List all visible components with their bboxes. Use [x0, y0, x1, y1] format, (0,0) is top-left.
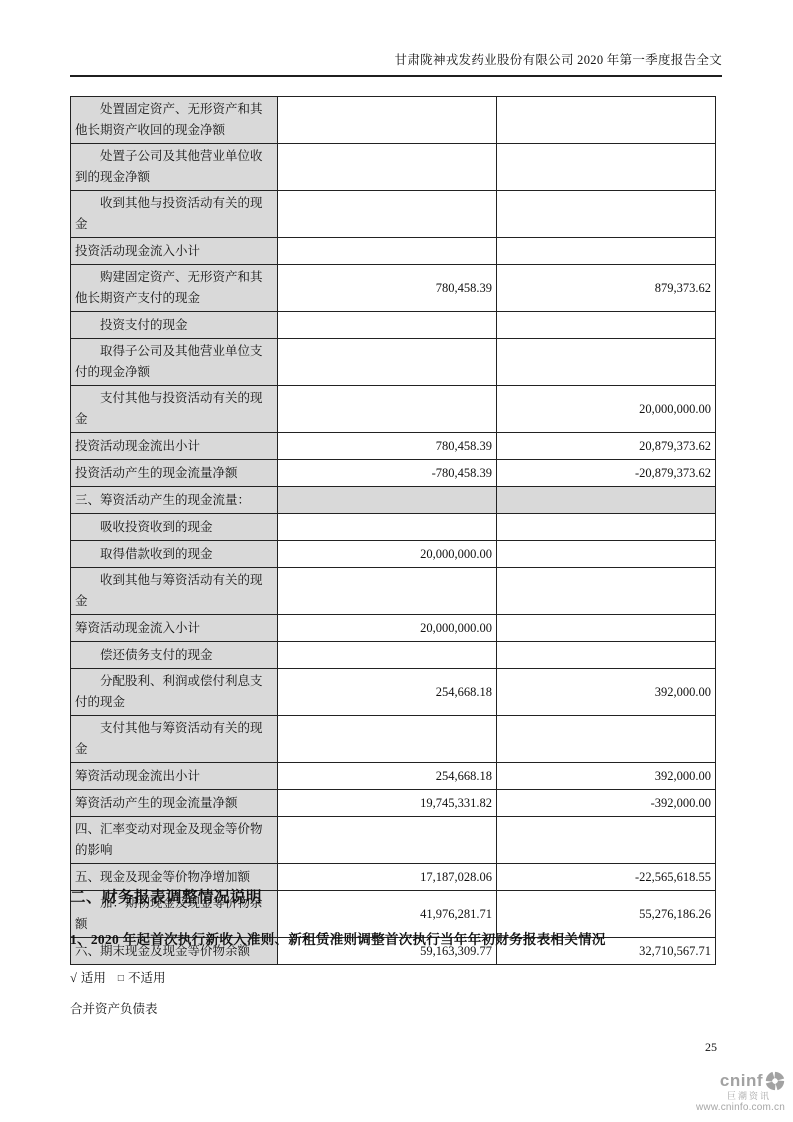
- value-current-period: 254,668.18: [278, 763, 497, 790]
- table-row: 筹资活动现金流入小计20,000,000.00: [71, 615, 716, 642]
- row-label: 吸收投资收到的现金: [71, 514, 278, 541]
- value-current-period: [278, 642, 497, 669]
- value-current-period: [278, 191, 497, 238]
- value-prior-period: [497, 312, 716, 339]
- value-prior-period: [497, 615, 716, 642]
- table-row: 投资活动现金流入小计: [71, 238, 716, 265]
- value-current-period: -780,458.39: [278, 460, 497, 487]
- table-row: 偿还债务支付的现金: [71, 642, 716, 669]
- value-current-period: [278, 339, 497, 386]
- value-current-period: [278, 144, 497, 191]
- value-prior-period: [497, 514, 716, 541]
- value-current-period: [278, 716, 497, 763]
- value-prior-period: -392,000.00: [497, 790, 716, 817]
- table-row: 取得子公司及其他营业单位支付的现金净额: [71, 339, 716, 386]
- row-label: 投资支付的现金: [71, 312, 278, 339]
- value-prior-period: 392,000.00: [497, 669, 716, 716]
- row-label: 投资活动产生的现金流量净额: [71, 460, 278, 487]
- statement-name: 合并资产负债表: [70, 999, 158, 1017]
- value-current-period: [278, 568, 497, 615]
- table-row: 处置固定资产、无形资产和其他长期资产收回的现金净额: [71, 97, 716, 144]
- value-current-period: [278, 386, 497, 433]
- table-row: 处置子公司及其他营业单位收到的现金净额: [71, 144, 716, 191]
- table-row: 投资活动产生的现金流量净额-780,458.39-20,879,373.62: [71, 460, 716, 487]
- empty-checkbox-icon: □: [118, 973, 124, 984]
- row-label: 取得借款收到的现金: [71, 541, 278, 568]
- table-row: 投资支付的现金: [71, 312, 716, 339]
- row-label: 支付其他与投资活动有关的现金: [71, 386, 278, 433]
- page-number: 25: [70, 1040, 717, 1055]
- value-prior-period: [497, 487, 716, 514]
- table-row: 分配股利、利润或偿付利息支付的现金254,668.18392,000.00: [71, 669, 716, 716]
- value-prior-period: 392,000.00: [497, 763, 716, 790]
- document-header: 甘肃陇神戎发药业股份有限公司 2020 年第一季度报告全文: [70, 50, 722, 77]
- row-label: 处置子公司及其他营业单位收到的现金净额: [71, 144, 278, 191]
- value-prior-period: [497, 541, 716, 568]
- cash-flow-table: 处置固定资产、无形资产和其他长期资产收回的现金净额处置子公司及其他营业单位收到的…: [70, 96, 716, 965]
- value-prior-period: -22,565,618.55: [497, 864, 716, 891]
- applicability-line: √适用□不适用: [70, 968, 165, 986]
- cninfo-swirl-icon: [765, 1071, 785, 1091]
- table-row: 吸收投资收到的现金: [71, 514, 716, 541]
- row-label: 偿还债务支付的现金: [71, 642, 278, 669]
- table-row: 三、筹资活动产生的现金流量：: [71, 487, 716, 514]
- row-label: 投资活动现金流入小计: [71, 238, 278, 265]
- header-title: 甘肃陇神戎发药业股份有限公司 2020 年第一季度报告全文: [395, 53, 722, 67]
- row-label: 取得子公司及其他营业单位支付的现金净额: [71, 339, 278, 386]
- logo-url: www.cninfo.com.cn: [696, 1103, 785, 1114]
- row-label: 筹资活动现金流入小计: [71, 615, 278, 642]
- row-label: 收到其他与筹资活动有关的现金: [71, 568, 278, 615]
- row-label: 收到其他与投资活动有关的现金: [71, 191, 278, 238]
- table-row: 支付其他与筹资活动有关的现金: [71, 716, 716, 763]
- value-prior-period: [497, 568, 716, 615]
- value-current-period: [278, 312, 497, 339]
- logo-brand-cn: 巨潮资讯: [696, 1092, 771, 1101]
- value-current-period: 20,000,000.00: [278, 615, 497, 642]
- row-label: 筹资活动产生的现金流量净额: [71, 790, 278, 817]
- value-prior-period: [497, 97, 716, 144]
- applicable-label: 适用: [81, 971, 106, 985]
- subsection-heading: 1、2020 年起首次执行新收入准则、新租赁准则调整首次执行当年年初财务报表相关…: [70, 928, 606, 948]
- value-current-period: [278, 514, 497, 541]
- table-row: 支付其他与投资活动有关的现金20,000,000.00: [71, 386, 716, 433]
- table-row: 取得借款收到的现金20,000,000.00: [71, 541, 716, 568]
- value-current-period: [278, 97, 497, 144]
- row-label: 支付其他与筹资活动有关的现金: [71, 716, 278, 763]
- value-current-period: [278, 238, 497, 265]
- table-row: 收到其他与投资活动有关的现金: [71, 191, 716, 238]
- row-label: 四、汇率变动对现金及现金等价物的影响: [71, 817, 278, 864]
- value-current-period: [278, 487, 497, 514]
- value-current-period: 780,458.39: [278, 433, 497, 460]
- value-current-period: 17,187,028.06: [278, 864, 497, 891]
- value-current-period: 254,668.18: [278, 669, 497, 716]
- value-prior-period: -20,879,373.62: [497, 460, 716, 487]
- cash-flow-table-body: 处置固定资产、无形资产和其他长期资产收回的现金净额处置子公司及其他营业单位收到的…: [71, 97, 716, 965]
- logo-brand-row: cninf: [696, 1071, 785, 1091]
- value-current-period: 19,745,331.82: [278, 790, 497, 817]
- row-label: 投资活动现金流出小计: [71, 433, 278, 460]
- not-applicable-label: 不适用: [128, 971, 166, 985]
- table-row: 四、汇率变动对现金及现金等价物的影响: [71, 817, 716, 864]
- value-prior-period: 879,373.62: [497, 265, 716, 312]
- logo-brand-text: cninf: [720, 1072, 763, 1090]
- value-prior-period: [497, 339, 716, 386]
- table-row: 投资活动现金流出小计780,458.3920,879,373.62: [71, 433, 716, 460]
- value-prior-period: [497, 642, 716, 669]
- cninfo-logo: cninf 巨潮资讯 www.cninfo.com.cn: [696, 1071, 785, 1113]
- table-row: 收到其他与筹资活动有关的现金: [71, 568, 716, 615]
- row-label: 三、筹资活动产生的现金流量：: [71, 487, 278, 514]
- value-current-period: 780,458.39: [278, 265, 497, 312]
- row-label: 分配股利、利润或偿付利息支付的现金: [71, 669, 278, 716]
- row-label: 处置固定资产、无形资产和其他长期资产收回的现金净额: [71, 97, 278, 144]
- table-row: 购建固定资产、无形资产和其他长期资产支付的现金780,458.39879,373…: [71, 265, 716, 312]
- value-current-period: 20,000,000.00: [278, 541, 497, 568]
- table-row: 筹资活动产生的现金流量净额19,745,331.82-392,000.00: [71, 790, 716, 817]
- value-prior-period: [497, 191, 716, 238]
- value-prior-period: [497, 817, 716, 864]
- value-prior-period: 20,000,000.00: [497, 386, 716, 433]
- value-current-period: [278, 817, 497, 864]
- section-heading: 二、财务报表调整情况说明: [70, 885, 262, 907]
- row-label: 筹资活动现金流出小计: [71, 763, 278, 790]
- value-prior-period: [497, 716, 716, 763]
- value-prior-period: [497, 238, 716, 265]
- value-prior-period: 20,879,373.62: [497, 433, 716, 460]
- table-row: 筹资活动现金流出小计254,668.18392,000.00: [71, 763, 716, 790]
- value-prior-period: [497, 144, 716, 191]
- row-label: 购建固定资产、无形资产和其他长期资产支付的现金: [71, 265, 278, 312]
- check-mark-icon: √: [70, 971, 77, 985]
